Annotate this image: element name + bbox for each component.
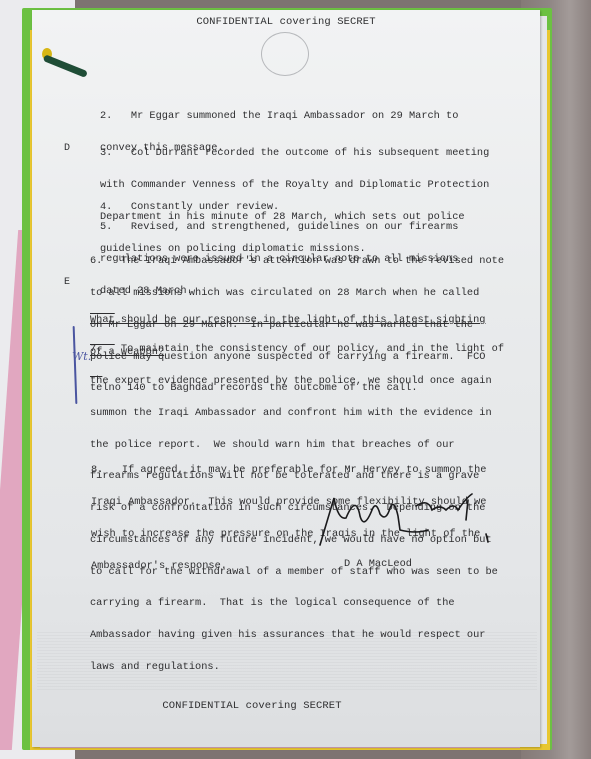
line: 5. Revised, and strengthened, guidelines…	[100, 222, 520, 233]
signatory-name: D A MacLeod	[344, 558, 412, 570]
line: 6. The Iraqi Ambassador's attention was …	[90, 256, 510, 267]
document-page: CONFIDENTIAL covering SECRET 2. Mr Eggar…	[32, 10, 540, 747]
margin-bracket	[73, 326, 78, 404]
line: 2. Mr Eggar summoned the Iraqi Ambassado…	[100, 111, 520, 122]
classification-header: CONFIDENTIAL covering SECRET	[32, 16, 540, 28]
margin-reference-d: D	[64, 143, 70, 154]
line: laws and regulations.	[90, 662, 510, 673]
line: summon the Iraqi Ambassador and confront…	[90, 408, 510, 419]
classification-footer: CONFIDENTIAL covering SECRET	[0, 700, 506, 712]
line: Ambassador's response.	[91, 561, 511, 572]
line: 7. To maintain the consistency of our po…	[90, 344, 510, 355]
crest-stamp-icon	[261, 32, 309, 76]
handwritten-annotation: Wt.	[72, 350, 91, 363]
line: 8. If agreed, it may be preferable for M…	[91, 465, 511, 476]
line: the expert evidence presented by the pol…	[90, 376, 510, 387]
handwritten-signature	[316, 490, 496, 550]
line: Ambassador having given his assurances t…	[90, 630, 510, 641]
line: carrying a firearm. That is the logical …	[90, 598, 510, 609]
line: 3. Col Durrant recorded the outcome of h…	[100, 148, 520, 159]
margin-reference-e: E	[64, 277, 70, 288]
